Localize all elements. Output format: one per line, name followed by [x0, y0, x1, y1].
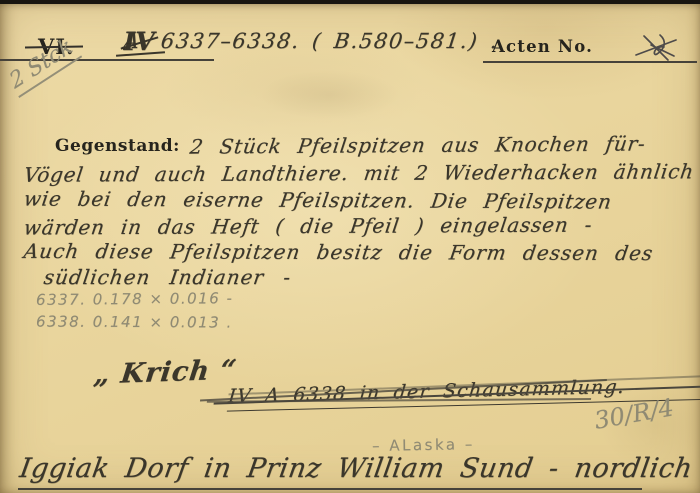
measurement-6337: 6337. 0.178 × 0.016 - — [36, 289, 234, 309]
measurement-6338: 6338. 0.141 × 0.013 . — [36, 312, 233, 331]
catalog-card-scan: VI. IV A. 6337–6338. ( B.580–581.) . Act… — [0, 0, 700, 493]
paper-smudge — [260, 70, 400, 120]
gegenstand-label: Gegenstand: — [55, 136, 180, 156]
description-line-4: wärden in das Heft ( die Pfeil ) eingela… — [22, 213, 594, 240]
description-line-5: Auch diese Pfeilspitzen besitz die Form … — [22, 239, 655, 265]
description-line-1: 2 Stück Pfeilspitzen aus Knochen für- — [188, 131, 647, 158]
description-line-2: Vögel und auch Landthiere. mit 2 Wiederh… — [22, 159, 695, 187]
description-line-3: wie bei den eiserne Pfeilspitzen. Die Pf… — [22, 186, 613, 213]
inventory-numbers: A. 6337–6338. ( B.580–581.) . — [123, 29, 501, 53]
collector-name: „ Krich “ — [92, 354, 239, 390]
provenance-underline — [18, 488, 642, 490]
location-label: – ALaska – — [372, 435, 475, 455]
cancelled-acten-number-scribble — [634, 33, 680, 63]
scan-top-edge — [0, 0, 700, 4]
provenance-line: Iggiak Dorf in Prinz William Sund - nord… — [18, 453, 695, 484]
description-line-6: südlichen Indianer - — [42, 265, 293, 289]
acten-no-label: Acten No. — [492, 37, 593, 56]
